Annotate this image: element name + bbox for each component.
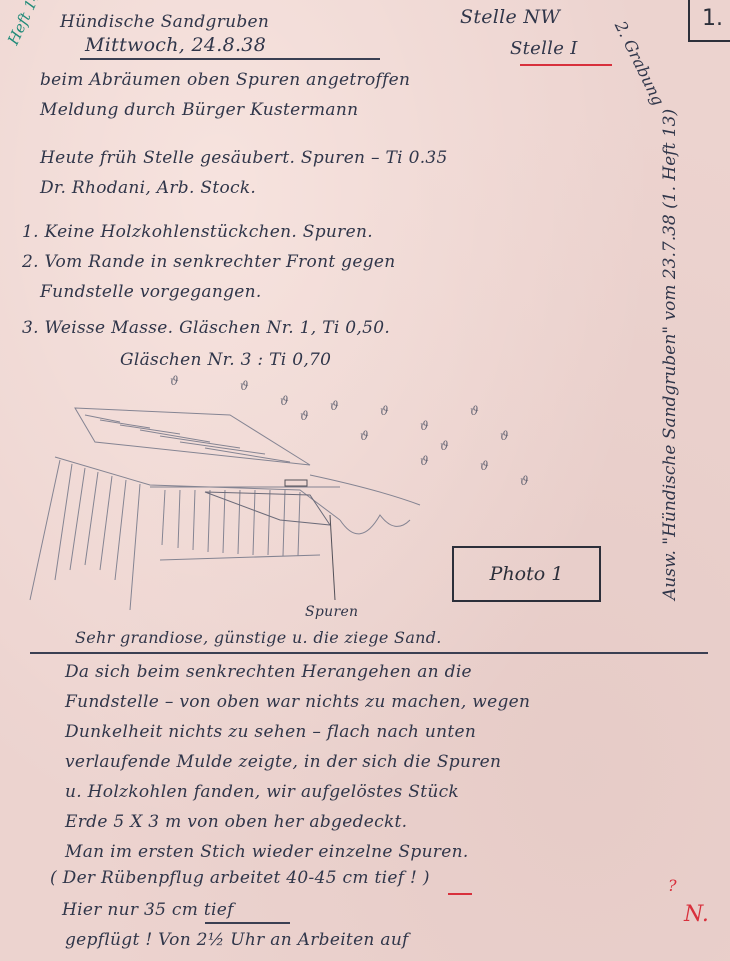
- svg-text:ϑ: ϑ: [470, 404, 479, 418]
- header-date: Mittwoch, 24.8.38: [85, 34, 266, 56]
- diagonal-note: 2. Grabung: [611, 18, 668, 108]
- text-line-7: Fundstelle vorgegangen.: [40, 282, 262, 302]
- svg-text:ϑ: ϑ: [440, 439, 449, 453]
- text-line-4: Dr. Rhodani, Arb. Stock.: [40, 178, 256, 198]
- text-line-9: Gläschen Nr. 3 : Ti 0,70: [120, 350, 331, 370]
- svg-text:ϑ: ϑ: [500, 429, 509, 443]
- body-line-3: Dunkelheit nichts zu sehen – flach nach …: [65, 722, 476, 742]
- section-divider: [30, 652, 708, 654]
- text-line-2: Meldung durch Bürger Kustermann: [40, 100, 358, 120]
- text-line-8: 3. Weisse Masse. Gläschen Nr. 1, Ti 0,50…: [22, 318, 390, 338]
- text-line-1: beim Abräumen oben Spuren angetroffen: [40, 70, 410, 90]
- svg-text:ϑ: ϑ: [170, 374, 179, 388]
- body-line-5: u. Holzkohlen fanden, wir aufgelöstes St…: [65, 782, 459, 802]
- body-line-2: Fundstelle – von oben war nichts zu mach…: [65, 692, 530, 712]
- svg-text:ϑ: ϑ: [360, 429, 369, 443]
- sketch-label-spuren: Spuren: [305, 604, 358, 620]
- text-line-3: Heute früh Stelle gesäubert. Spuren – Ti…: [40, 148, 448, 168]
- body-line-7: Man im ersten Stich wieder einzelne Spur…: [65, 842, 469, 862]
- svg-text:ϑ: ϑ: [520, 474, 529, 488]
- text-line-6: 2. Vom Rande in senkrechter Front gegen: [22, 252, 396, 272]
- svg-text:ϑ: ϑ: [330, 399, 339, 413]
- date-underline: [80, 58, 380, 60]
- body-line-10: gepflügt ! Von 2½ Uhr an Arbeiten auf: [65, 930, 409, 950]
- header-site: Stelle NW: [460, 6, 560, 28]
- body-line-8: ( Der Rübenpflug arbeitet 40-45 cm tief …: [50, 868, 430, 888]
- vertical-margin-note: Ausw. "Hündische Sandgruben" vom 23.7.38…: [660, 109, 680, 600]
- svg-text:ϑ: ϑ: [280, 394, 289, 408]
- svg-text:ϑ: ϑ: [480, 459, 489, 473]
- header-location: Hündische Sandgruben: [60, 12, 269, 32]
- header-stelle: Stelle I: [510, 38, 578, 59]
- svg-text:ϑ: ϑ: [380, 404, 389, 418]
- page-number: 1.: [702, 6, 723, 31]
- notebook-page: 1. Heft 14 Hündische Sandgruben Stelle N…: [0, 0, 730, 961]
- body-line-4: verlaufende Mulde zeigte, in der sich di…: [65, 752, 501, 772]
- body-line-9: Hier nur 35 cm tief: [62, 900, 234, 920]
- stelle-red-underline: [520, 64, 612, 66]
- measurement-red-underline: [448, 893, 472, 895]
- body-line-1: Da sich beim senkrechten Herangehen an d…: [65, 662, 472, 682]
- svg-text:ϑ: ϑ: [300, 409, 309, 423]
- sketch-caption: Sehr grandiose, günstige u. die ziege Sa…: [75, 628, 442, 647]
- svg-text:ϑ: ϑ: [420, 419, 429, 433]
- body-line-6: Erde 5 X 3 m von oben her abgedeckt.: [65, 812, 407, 832]
- svg-text:ϑ: ϑ: [240, 379, 249, 393]
- photo-reference-box: Photo 1: [452, 546, 601, 602]
- measurement-underline: [205, 922, 290, 924]
- svg-text:ϑ: ϑ: [420, 454, 429, 468]
- photo-label: Photo 1: [490, 563, 564, 585]
- red-question-mark: ?: [668, 876, 677, 895]
- margin-note-heft: Heft 14: [4, 0, 45, 48]
- red-initial-mark: N.: [684, 902, 709, 927]
- text-line-5: 1. Keine Holzkohlenstückchen. Spuren.: [22, 222, 373, 242]
